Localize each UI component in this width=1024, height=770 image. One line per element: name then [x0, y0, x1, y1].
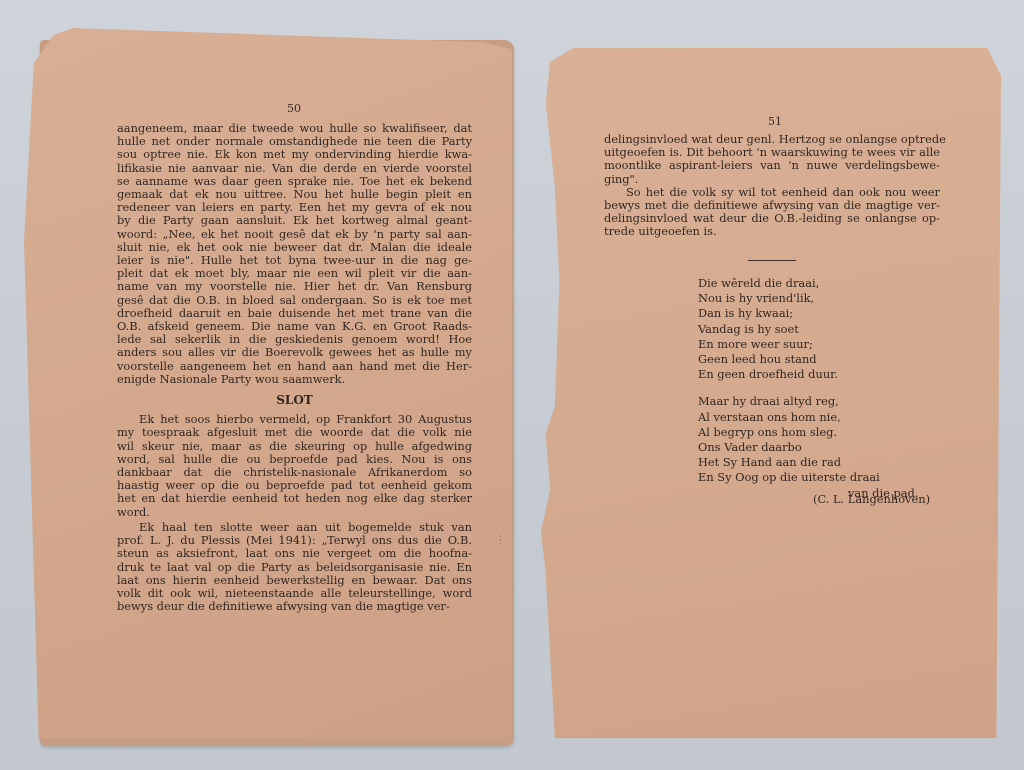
text-line: het en dat hierdie eenheid tot heden nog…: [117, 492, 472, 505]
text-line: voorstelle aangeneem het en hand aan han…: [117, 360, 472, 373]
text-line: druk te laat val op die Party as beleids…: [117, 561, 472, 574]
poem: Die wêreld die draai,Nou is hy vriend'li…: [698, 276, 918, 501]
text-line: my toespraak afgesluit met die woorde da…: [117, 426, 472, 439]
text-line: trede uitgeoefen is.: [604, 225, 940, 238]
right-page-text: delingsinvloed wat deur genl. Hertzog se…: [604, 133, 940, 239]
text-line: moontlike aspirant-leiers van 'n nuwe ve…: [604, 159, 940, 172]
text-line: wil skeur nie, maar as die skeuring op h…: [117, 440, 472, 453]
poem-stanza: Maar hy draai altyd reg,Al verstaan ons …: [698, 394, 918, 485]
text-line: Geen leed hou stand: [698, 352, 918, 367]
text-line: enigde Nasionale Party wou saamwerk.: [117, 373, 472, 386]
paragraph: Ek het soos hierbo vermeld, op Frankfort…: [117, 413, 472, 519]
paragraph: aangeneem, maar die tweede wou hulle so …: [117, 122, 472, 386]
spine-mark: · · ·: [497, 535, 503, 575]
text-line: anders sou alles vir die Boerevolk gewee…: [117, 346, 472, 359]
text-line: Al verstaan ons hom nie,: [698, 410, 918, 425]
text-line: En geen droefheid duur.: [698, 367, 918, 382]
paragraph: Ek haal ten slotte weer aan uit bogemeld…: [117, 521, 472, 613]
left-page-text: aangeneem, maar die tweede wou hulle so …: [117, 122, 472, 613]
text-line: Al begryp ons hom sleg.: [698, 425, 918, 440]
text-line: Die wêreld die draai,: [698, 276, 918, 291]
section-heading: SLOT: [117, 394, 472, 407]
page-number-right: 51: [768, 115, 782, 128]
section-divider: [748, 260, 796, 261]
text-line: sou optree nie. Ek kon met my ondervindi…: [117, 148, 472, 161]
text-line: Vandag is hy soet: [698, 322, 918, 337]
text-line: En more weer suur;: [698, 337, 918, 352]
text-line: by die Party gaan aansluit. Ek het kortw…: [117, 214, 472, 227]
text-line: steun as aksiefront, laat ons nie vergee…: [117, 547, 472, 560]
paragraph: So het die volk sy wil tot eenheid dan o…: [604, 186, 940, 239]
text-line: name van my voorstelle nie. Hier het dr.…: [117, 280, 472, 293]
text-line: En Sy Oog op die uiterste draai: [698, 470, 918, 485]
poem-stanza: Die wêreld die draai,Nou is hy vriend'li…: [698, 276, 918, 382]
text-line: Ons Vader daarbo: [698, 440, 918, 455]
text-line: laat ons hierin eenheid bewerkstellig en…: [117, 574, 472, 587]
text-line: gesê dat die O.B. in bloed sal ondergaan…: [117, 294, 472, 307]
text-line: lifikasie nie aanvaar nie. Van die derde…: [117, 162, 472, 175]
text-line: Het Sy Hand aan die rad: [698, 455, 918, 470]
paragraph: delingsinvloed wat deur genl. Hertzog se…: [604, 133, 940, 186]
text-line: word.: [117, 506, 472, 519]
poem-attribution: (C. L. Langenhoven): [813, 492, 930, 506]
text-line: woord: „Nee, ek het nooit gesê dat ek by…: [117, 228, 472, 241]
page-number-left: 50: [287, 102, 301, 115]
text-line: Maar hy draai altyd reg,: [698, 394, 918, 409]
text-line: Dan is hy kwaai;: [698, 306, 918, 321]
text-line: ging".: [604, 173, 940, 186]
text-line: bewys deur die definitiewe afwysing van …: [117, 600, 472, 613]
text-line: Nou is hy vriend'lik,: [698, 291, 918, 306]
